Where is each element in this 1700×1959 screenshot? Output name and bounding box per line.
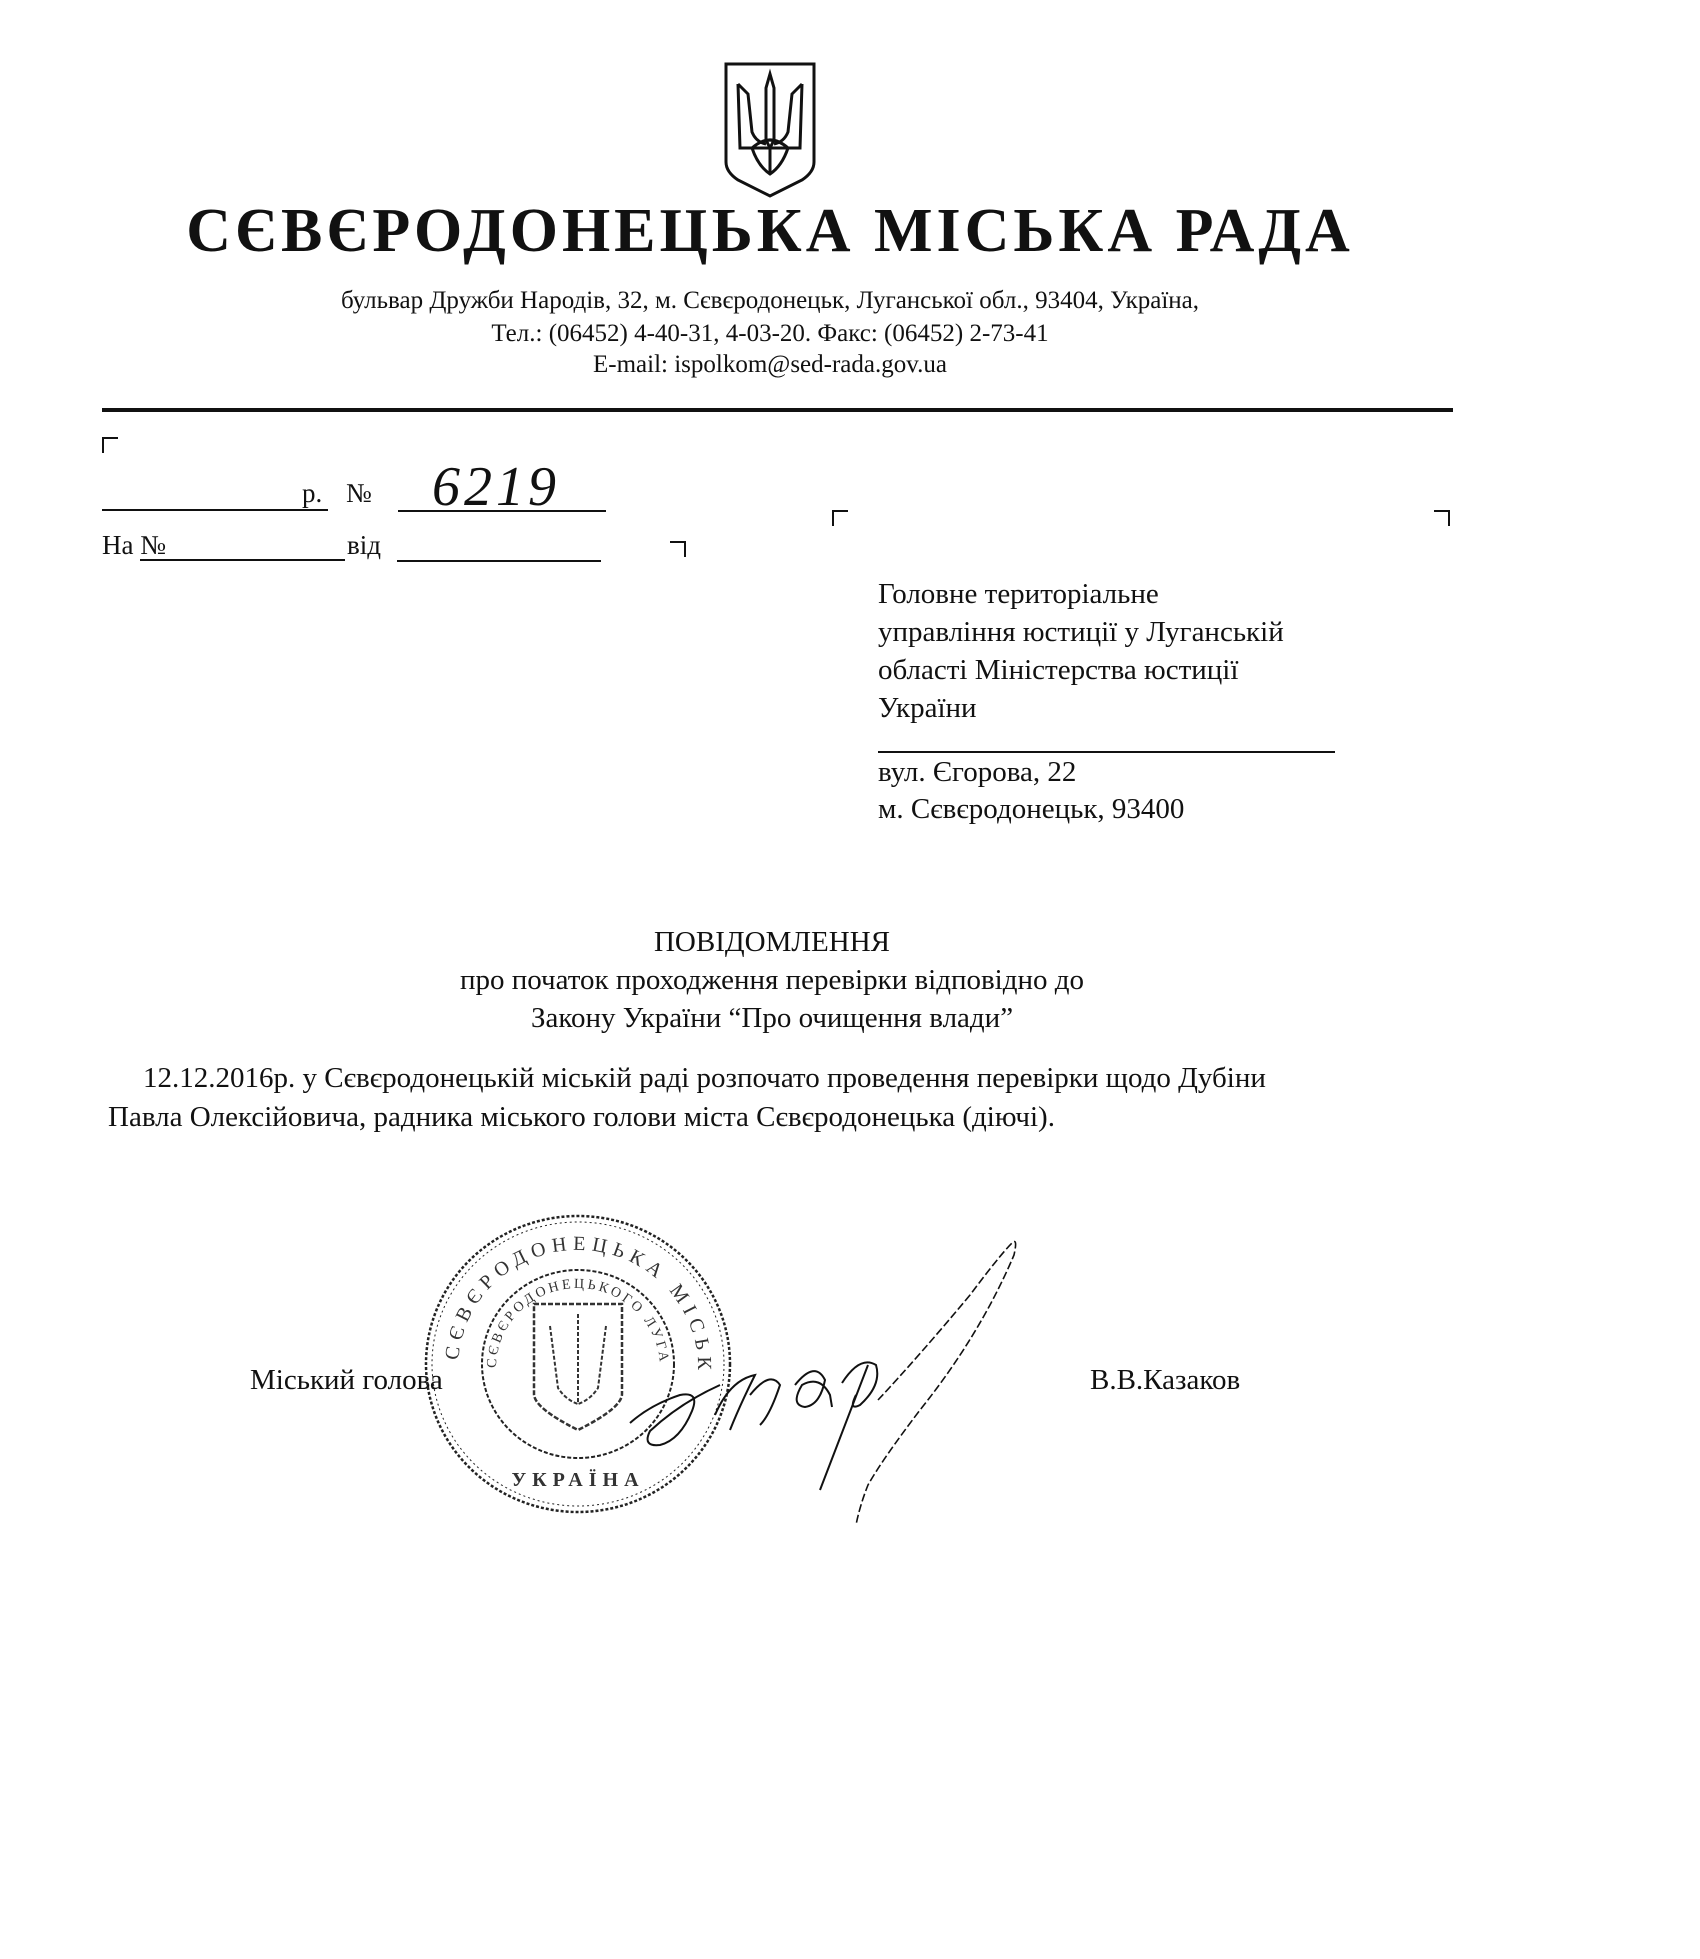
letterhead-divider	[102, 408, 1453, 412]
recipient-city: м. Сєвєродонецьк, 93400	[878, 793, 1184, 826]
date-suffix-label: р.	[302, 478, 322, 509]
notice-body-line: Павла Олексійовича, радника міського гол…	[108, 1101, 1055, 1134]
from-date-underline	[397, 560, 601, 562]
recipient-street: вул. Єгорова, 22	[878, 756, 1076, 789]
organization-title: СЄВЄРОДОНЕЦЬКА МІСЬКА РАДА	[0, 196, 1540, 267]
from-label: від	[347, 530, 381, 561]
corner-mark	[102, 437, 118, 453]
number-label: №	[346, 478, 372, 509]
notice-subheading: про початок проходження перевірки відпов…	[0, 964, 1544, 997]
reply-number-label: На №	[102, 530, 166, 561]
recipient-line: області Міністерства юстиції	[878, 654, 1238, 687]
recipient-line: Головне територіальне	[878, 578, 1159, 611]
recipient-line: управління юстиції у Луганській	[878, 616, 1284, 649]
corner-mark	[1434, 510, 1450, 526]
email-line: E-mail: ispolkom@sed-rada.gov.ua	[0, 351, 1540, 379]
notice-heading: ПОВІДОМЛЕННЯ	[0, 926, 1544, 959]
corner-mark	[670, 541, 686, 557]
corner-mark	[832, 510, 848, 526]
address-line: бульвар Дружби Народів, 32, м. Сєвєродон…	[0, 287, 1540, 315]
recipient-line: України	[878, 692, 977, 725]
handwritten-number: 6219	[432, 455, 560, 519]
trident-coat-of-arms-icon	[722, 62, 818, 198]
date-underline	[102, 509, 328, 511]
signatory-name: В.В.Казаков	[1090, 1364, 1240, 1397]
handwritten-signature-icon	[620, 1235, 1100, 1525]
reply-number-underline	[140, 559, 345, 561]
signatory-position: Міський голова	[250, 1364, 443, 1397]
phone-line: Тел.: (06452) 4-40-31, 4-03-20. Факс: (0…	[0, 320, 1540, 348]
notice-subheading-law: Закону України “Про очищення влади”	[0, 1002, 1544, 1035]
notice-body-line: 12.12.2016р. у Сєвєродонецькій міській р…	[143, 1062, 1266, 1095]
recipient-divider	[878, 751, 1335, 753]
